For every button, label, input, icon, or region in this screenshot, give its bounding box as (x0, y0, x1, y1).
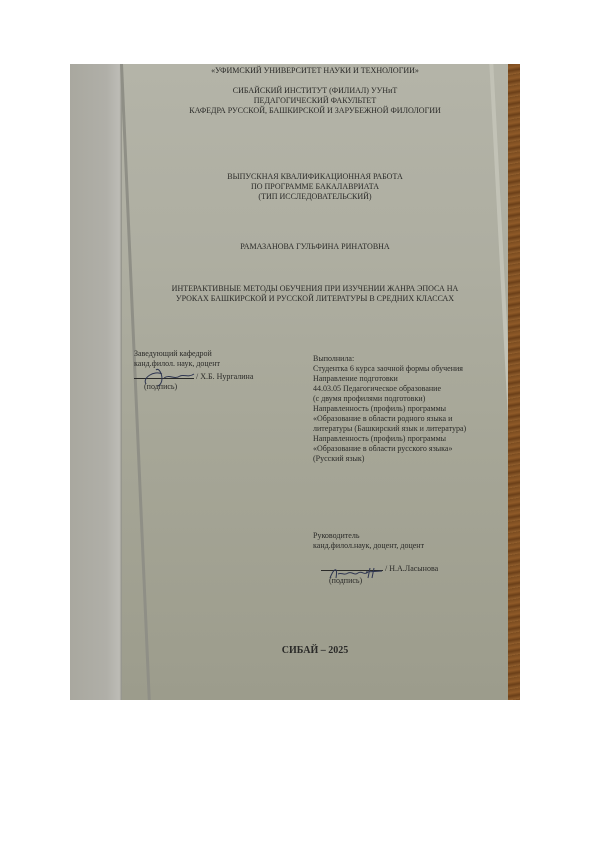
department-name: КАФЕДРА РУССКОЙ, БАШКИРСКОЙ И ЗАРУБЕЖНОЙ… (130, 106, 500, 116)
performer-block: Выполнила: Студентка 6 курса заочной фор… (313, 354, 466, 464)
performer-line: (с двумя профилями подготовки) (313, 394, 466, 404)
work-type-line3: (ТИП ИССЛЕДОВАТЕЛЬСКИЙ) (130, 192, 500, 202)
performer-line: Направленность (профиль) программы (313, 404, 466, 414)
author-block: РАМАЗАНОВА ГУЛЬФИНА РИНАТОВНА (130, 242, 500, 252)
performer-line: «Образование в области русского языка» (313, 444, 466, 454)
document-photo: «УФИМСКИЙ УНИВЕРСИТЕТ НАУКИ И ТЕХНОЛОГИИ… (70, 64, 520, 700)
performer-line: Направление подготовки (313, 374, 466, 384)
head-name: / Х.Б. Нургалина (196, 372, 253, 381)
author-name: РАМАЗАНОВА ГУЛЬФИНА РИНАТОВНА (130, 242, 500, 252)
performer-line: 44.03.05 Педагогическое образование (313, 384, 466, 394)
performer-line: (Русский язык) (313, 454, 466, 464)
supervisor-name: / Н.А.Ласынова (385, 564, 438, 573)
thesis-title-line2: УРОКАХ БАШКИРСКОЙ И РУССКОЙ ЛИТЕРАТУРЫ В… (130, 294, 500, 304)
head-signature-icon (140, 364, 200, 390)
thesis-title-line1: ИНТЕРАКТИВНЫЕ МЕТОДЫ ОБУЧЕНИЯ ПРИ ИЗУЧЕН… (130, 284, 500, 294)
performer-line: «Образование в области родного языка и (313, 414, 466, 424)
supervisor-signature-icon (326, 564, 388, 582)
institute-block: СИБАЙСКИЙ ИНСТИТУТ (ФИЛИАЛ) УУНиТ ПЕДАГО… (130, 86, 500, 116)
title-page: «УФИМСКИЙ УНИВЕРСИТЕТ НАУКИ И ТЕХНОЛОГИИ… (70, 64, 520, 700)
city-year: СИБАЙ – 2025 (130, 646, 500, 656)
supervisor-degree: канд.филол.наук, доцент, доцент (313, 541, 438, 551)
footer-block: СИБАЙ – 2025 (130, 646, 500, 656)
faculty-name: ПЕДАГОГИЧЕСКИЙ ФАКУЛЬТЕТ (130, 96, 500, 106)
work-type-block: ВЫПУСКНАЯ КВАЛИФИКАЦИОННАЯ РАБОТА ПО ПРО… (130, 172, 500, 202)
work-type-line2: ПО ПРОГРАММЕ БАКАЛАВРИАТА (130, 182, 500, 192)
supervisor-label: Руководитель (313, 531, 438, 541)
university-name: «УФИМСКИЙ УНИВЕРСИТЕТ НАУКИ И ТЕХНОЛОГИИ… (130, 66, 500, 76)
performer-line: литературы (Башкирский язык и литература… (313, 424, 466, 434)
performer-line: Направленность (профиль) программы (313, 434, 466, 444)
performer-label: Выполнила: (313, 354, 466, 364)
thesis-title-block: ИНТЕРАКТИВНЫЕ МЕТОДЫ ОБУЧЕНИЯ ПРИ ИЗУЧЕН… (130, 284, 500, 304)
performer-line: Студентка 6 курса заочной формы обучения (313, 364, 466, 374)
institute-name: СИБАЙСКИЙ ИНСТИТУТ (ФИЛИАЛ) УУНиТ (130, 86, 500, 96)
header-block: «УФИМСКИЙ УНИВЕРСИТЕТ НАУКИ И ТЕХНОЛОГИИ… (130, 66, 500, 76)
head-label: Заведующий кафедрой (134, 349, 253, 359)
work-type-line1: ВЫПУСКНАЯ КВАЛИФИКАЦИОННАЯ РАБОТА (130, 172, 500, 182)
